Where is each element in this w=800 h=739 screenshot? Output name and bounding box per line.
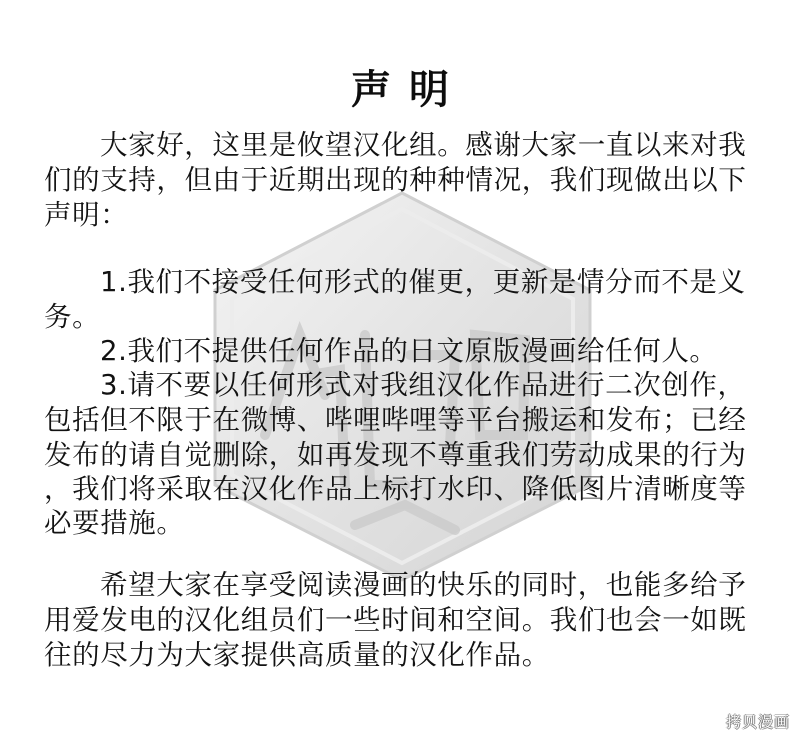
item-3-line-1: 3.请不要以任何形式对我组汉化作品进行二次创作， <box>100 368 746 402</box>
item-1-line-2: 务。 <box>44 300 100 334</box>
intro-line-1: 大家好，这里是攸望汉化组。感谢大家一直以来对我 <box>100 128 746 162</box>
intro-line-2: 们的支持，但由于近期出现的种种情况，我们现做出以下 <box>44 163 747 197</box>
closing-line-1: 希望大家在享受阅读漫画的快乐的同时，也能多给予 <box>100 568 746 602</box>
item-3-line-2: 包括但不限于在微博、哔哩哔哩等平台搬运和发布；已经 <box>44 403 747 437</box>
item-3-line-4: ，我们将采取在汉化作品上标打水印、降低图片清晰度等 <box>44 472 747 506</box>
closing-line-2: 用爱发电的汉化组员们一些时间和空间。我们也会一如既 <box>44 603 747 637</box>
intro-line-3: 声明： <box>44 198 128 232</box>
item-3-line-5: 必要措施。 <box>44 506 185 540</box>
item-1-line-1: 1.我们不接受任何形式的催更，更新是情分而不是义 <box>100 265 746 299</box>
item-2-line-1: 2.我们不提供任何作品的日文原版漫画给任何人。 <box>100 334 718 368</box>
source-credit-watermark: 拷贝漫画 <box>726 711 790 732</box>
page-title: 声明 <box>0 66 800 114</box>
item-3-line-3: 发布的请自觉删除，如再发现不尊重我们劳动成果的行为 <box>44 438 747 472</box>
closing-line-3: 往的尽力为大家提供高质量的汉化作品。 <box>44 638 550 672</box>
